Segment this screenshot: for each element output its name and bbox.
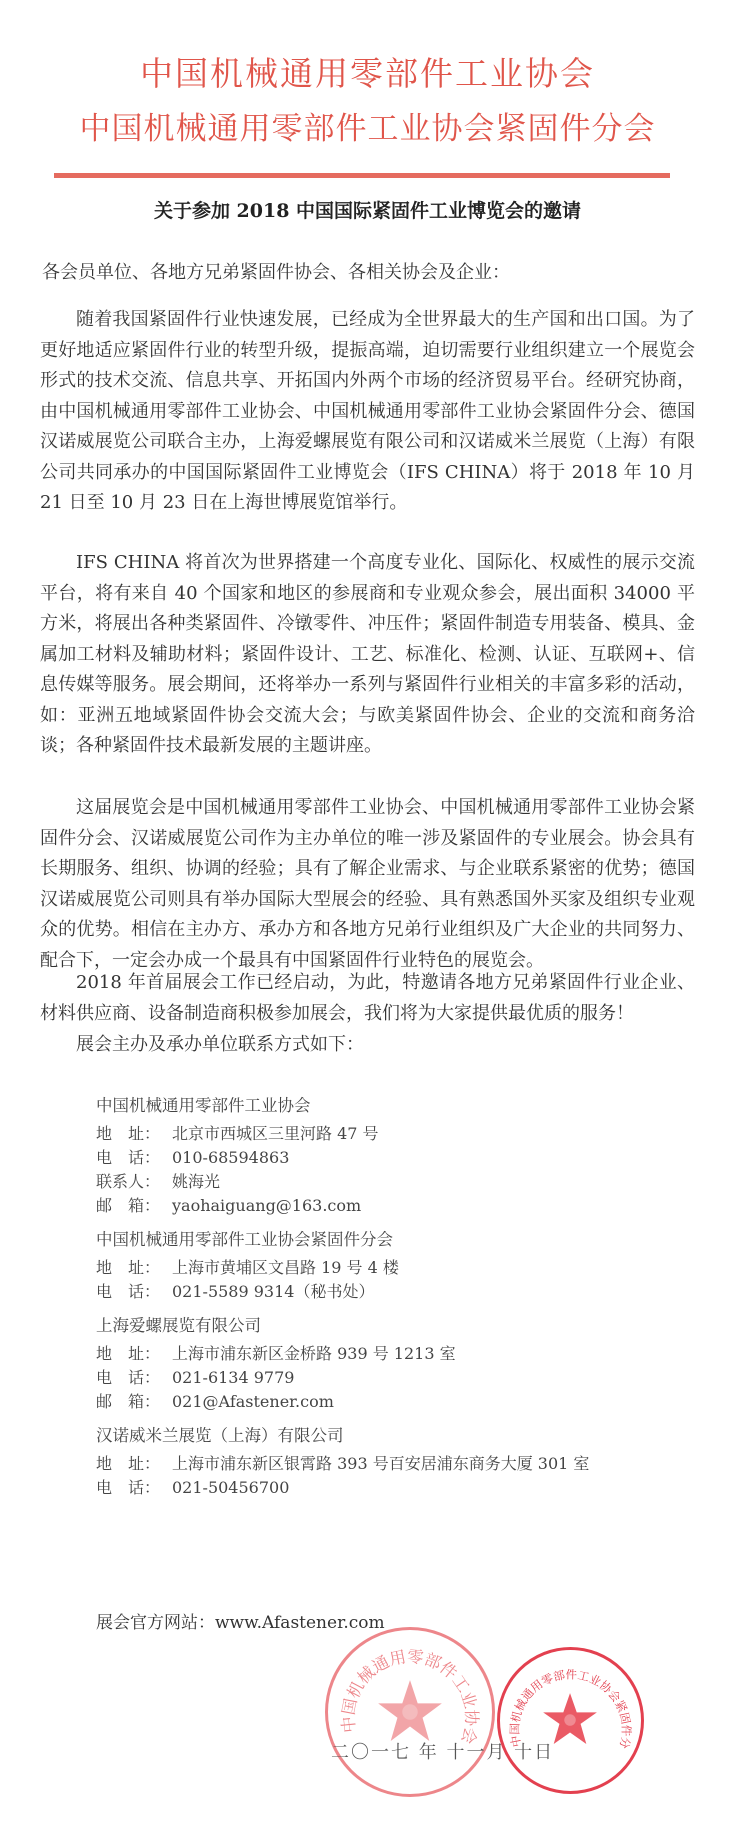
contact-label: 邮 箱： [96, 1194, 172, 1218]
paragraph-intro: 随着我国紧固件行业快速发展，已经成为全世界最大的生产国和出口国。为了更好地适应紧… [40, 305, 695, 519]
contact-block: 上海爱螺展览有限公司 地 址：上海市浦东新区金桥路 939 号 1213 室 电… [96, 1312, 716, 1414]
address-line: 地 址：上海市浦东新区金桥路 939 号 1213 室 [96, 1342, 716, 1366]
letterhead-title-association: 中国机械通用零部件工业协会 [0, 48, 735, 95]
contact-value: 北京市西城区三里河路 47 号 [172, 1124, 379, 1143]
phone-line: 电 话：021-5589 9314（秘书处） [96, 1280, 716, 1304]
salutation: 各会员单位、各地方兄弟紧固件协会、各相关协会及企业： [42, 258, 510, 284]
contact-value: 021-5589 9314（秘书处） [172, 1282, 374, 1301]
contact-label: 电 话： [96, 1146, 172, 1170]
contact-value: 010-68594863 [172, 1148, 289, 1167]
contact-value: 上海市浦东新区金桥路 939 号 1213 室 [172, 1344, 456, 1363]
contact-label: 电 话： [96, 1476, 172, 1500]
contact-label: 地 址： [96, 1342, 172, 1366]
paragraph-organizers: 这届展览会是中国机械通用零部件工业协会、中国机械通用零部件工业协会紧固件分会、汉… [40, 793, 695, 976]
email-link[interactable]: 021@Afastener.com [172, 1392, 334, 1411]
letter-subject: 关于参加 2018 中国国际紧固件工业博览会的邀请 [0, 196, 735, 223]
phone-line: 电 话：010-68594863 [96, 1146, 716, 1170]
contact-value: 021-50456700 [172, 1478, 289, 1497]
contact-block: 中国机械通用零部件工业协会 地 址：北京市西城区三里河路 47 号 电 话：01… [96, 1092, 716, 1218]
org-name: 中国机械通用零部件工业协会紧固件分会 [96, 1226, 716, 1254]
address-line: 地 址：上海市浦东新区银霄路 393 号百安居浦东商务大厦 301 室 [96, 1452, 716, 1476]
contact-label: 地 址： [96, 1256, 172, 1280]
contact-person-line: 联系人：姚海光 [96, 1170, 716, 1194]
letter-date: 二〇一七 年 十一月 十日 [331, 1738, 554, 1764]
star-icon: 中国机械通用零部件工业协会紧固件分会 [500, 1650, 641, 1791]
org-name: 中国机械通用零部件工业协会 [96, 1092, 716, 1120]
org-name: 上海爱螺展览有限公司 [96, 1312, 716, 1340]
svg-text:中国机械通用零部件工业协会紧固件分会: 中国机械通用零部件工业协会紧固件分会 [500, 1650, 633, 1751]
contact-block: 中国机械通用零部件工业协会紧固件分会 地 址：上海市黄埔区文昌路 19 号 4 … [96, 1226, 716, 1304]
paragraph-exhibition-scope: IFS CHINA 将首次为世界搭建一个高度专业化、国际化、权威性的展示交流平台… [40, 548, 695, 762]
email-line: 邮 箱：021@Afastener.com [96, 1390, 716, 1414]
contact-label: 电 话： [96, 1366, 172, 1390]
phone-line: 电 话：021-50456700 [96, 1476, 716, 1500]
phone-line: 电 话：021-6134 9779 [96, 1366, 716, 1390]
letterhead-divider [54, 173, 670, 178]
address-line: 地 址：上海市黄埔区文昌路 19 号 4 楼 [96, 1256, 716, 1280]
contact-value: 上海市浦东新区银霄路 393 号百安居浦东商务大厦 301 室 [172, 1454, 589, 1473]
contact-value: 021-6134 9779 [172, 1368, 294, 1387]
contact-list: 中国机械通用零部件工业协会 地 址：北京市西城区三里河路 47 号 电 话：01… [96, 1092, 716, 1508]
fastener-branch-seal-stamp: 中国机械通用零部件工业协会紧固件分会 [497, 1647, 644, 1794]
contact-label: 地 址： [96, 1452, 172, 1476]
contact-label: 电 话： [96, 1280, 172, 1304]
contact-label: 地 址： [96, 1122, 172, 1146]
contact-value: 姚海光 [172, 1172, 220, 1191]
contact-label: 邮 箱： [96, 1390, 172, 1414]
contact-value: 上海市黄埔区文昌路 19 号 4 楼 [172, 1258, 399, 1277]
contact-label: 联系人： [96, 1170, 172, 1194]
email-line: 邮 箱：yaohaiguang@163.com [96, 1194, 716, 1218]
email-link[interactable]: yaohaiguang@163.com [172, 1196, 361, 1215]
paragraph-invitation: 2018 年首届展会工作已经启动，为此，特邀请各地方兄弟紧固件行业企业、材料供应… [40, 968, 695, 1029]
star-icon: 中国机械通用零部件工业协会 [328, 1630, 492, 1794]
org-name: 汉诺威米兰展览（上海）有限公司 [96, 1422, 716, 1450]
letterhead-title-branch: 中国机械通用零部件工业协会紧固件分会 [0, 103, 735, 148]
contact-block: 汉诺威米兰展览（上海）有限公司 地 址：上海市浦东新区银霄路 393 号百安居浦… [96, 1422, 716, 1500]
paragraph-contacts-intro: 展会主办及承办单位联系方式如下： [40, 1030, 695, 1061]
association-seal-stamp: 中国机械通用零部件工业协会 [325, 1627, 495, 1797]
address-line: 地 址：北京市西城区三里河路 47 号 [96, 1122, 716, 1146]
